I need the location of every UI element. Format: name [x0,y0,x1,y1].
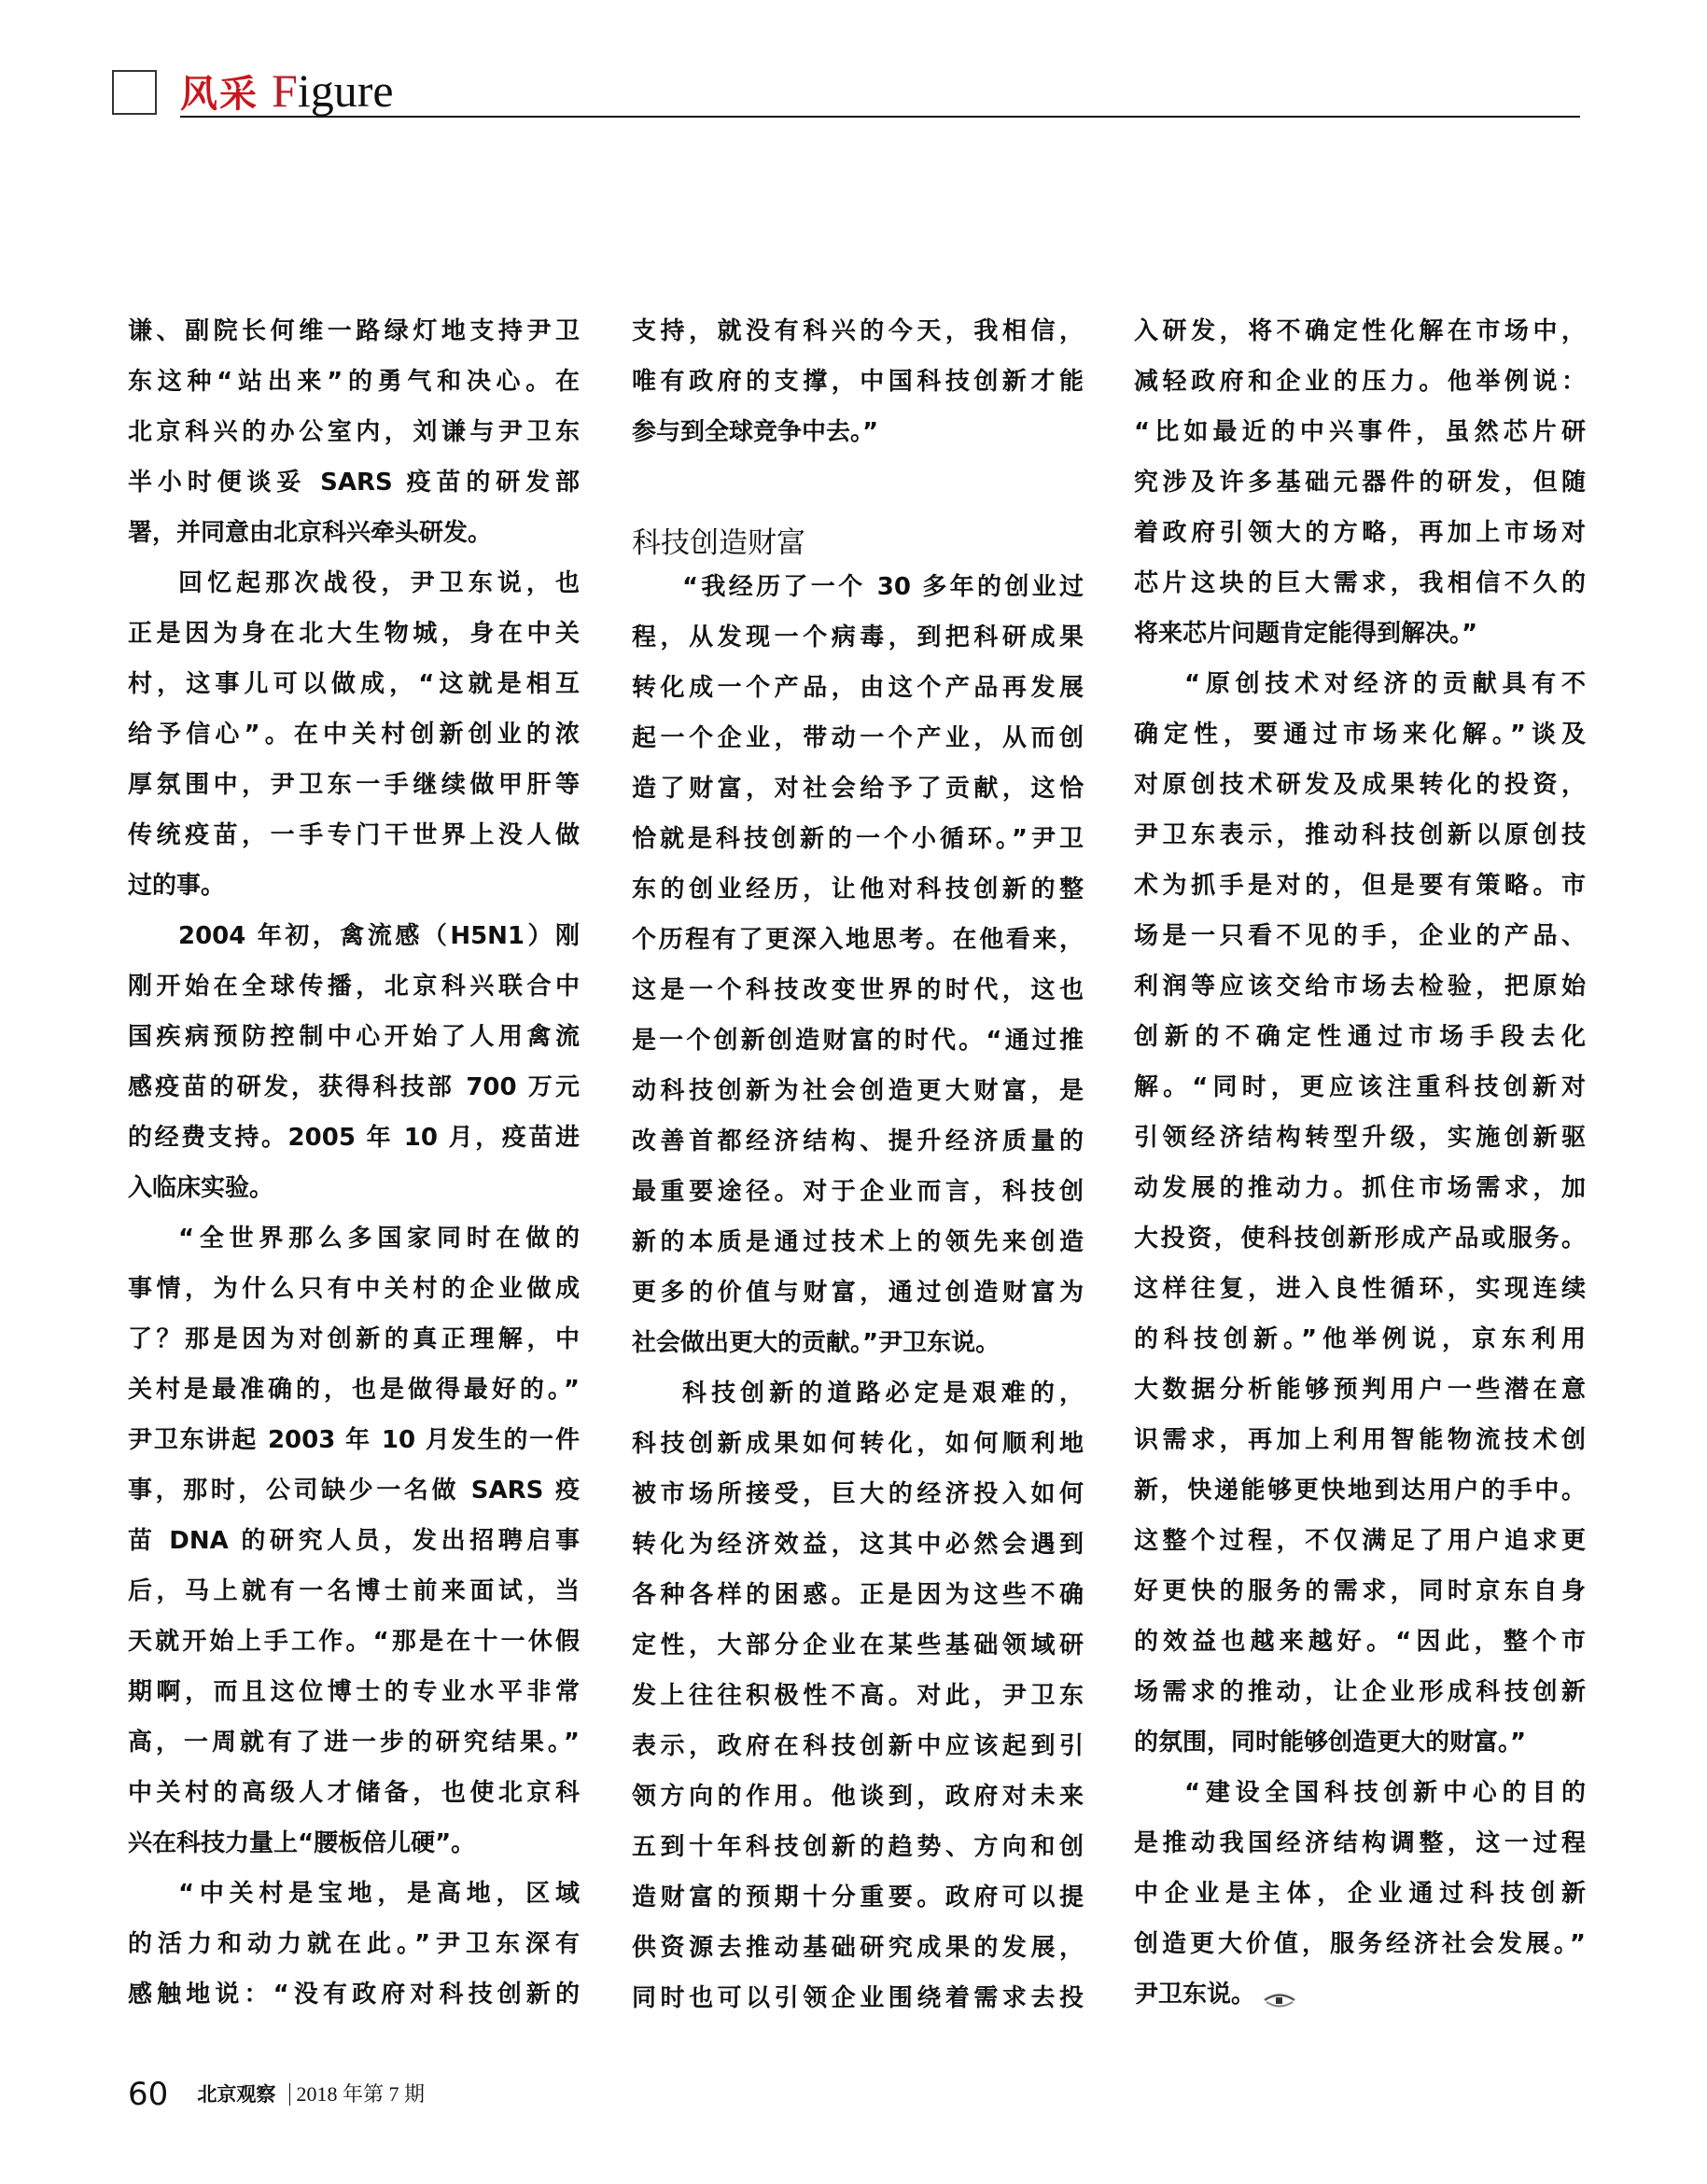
text-line-content: 的经费支持。2005 年 10 月，疫苗进 [128,1124,580,1152]
text-line: 关村是最准确的，也是做得最好的。” [128,1376,580,1426]
text-line: 识需求，再加上利用智能物流技术创 [1134,1426,1586,1477]
text-line-content: 中企业是主体，企业通过科技创新 [1134,1880,1586,1908]
text-line: 期啊，而且这位博士的专业水平非常 [128,1678,580,1729]
text-line: 表示，政府在科技创新中应该起到引 [632,1732,1084,1783]
article-column-3: 入研发，将不确定性化解在市场中，减轻政府和企业的压力。他举例说：“比如最近的中兴… [1134,317,1586,2031]
text-line: 的经费支持。2005 年 10 月，疫苗进 [128,1124,580,1174]
text-line: 的效益也越来越好。“因此，整个市 [1134,1628,1586,1678]
paragraph-first-line: “原创技术对经济的贡献具有不 [1134,670,1586,721]
text-line: 事情，为什么只有中关村的企业做成 [128,1275,580,1325]
text-line: 兴在科技力量上“腰板倍儿硬”。 [128,1829,580,1880]
text-line: 解。“同时，更应该注重科技创新对 [1134,1073,1586,1124]
text-line-content: 新，快递能够更快地到达用户的手中。 [1134,1477,1586,1505]
text-line-content: 利润等应该交给市场去检验，把原始 [1134,973,1586,1001]
text-line-content: 转化成一个产品，由这个产品再发展 [632,674,1084,702]
text-line: 半小时便谈妥 SARS 疫苗的研发部 [128,469,580,519]
text-line-content: 是一个创新创造财富的时代。“通过推 [632,1027,1084,1055]
text-line-content: 起一个企业，带动一个产业，从而创 [632,724,1084,752]
text-line: 东的创业经历，让他对科技创新的整 [632,875,1084,926]
text-line: 芯片这块的巨大需求，我相信不久的 [1134,569,1586,620]
text-line: 好更快的服务的需求，同时京东自身 [1134,1577,1586,1628]
text-line-content: 恰就是科技创新的一个小循环。”尹卫 [632,825,1084,853]
text-line: 参与到全球竞争中去。” [632,418,1084,469]
text-line: 程，从发现一个病毒，到把科研成果 [632,623,1084,674]
text-line-content: “建设全国科技创新中心的目的 [1184,1779,1586,1807]
text-line-content: 大投资，使科技创新形成产品或服务。 [1134,1225,1586,1253]
article-column-1: 谦、副院长何维一路绿灯地支持尹卫东这种“站出来”的勇气和决心。在北京科兴的办公室… [128,317,580,2031]
text-line-content: 程，从发现一个病毒，到把科研成果 [632,623,1084,651]
text-line-content: 尹卫东表示，推动科技创新以原创技 [1134,821,1586,849]
text-line: 场需求的推动，让企业形成科技创新 [1134,1678,1586,1729]
text-line-content: 表示，政府在科技创新中应该起到引 [632,1732,1084,1760]
text-line: 社会做出更大的贡献。”尹卫东说。 [632,1329,1084,1379]
text-line-content: 感触地说：“没有政府对科技创新的 [128,1981,580,2009]
text-line: 术为抓手是对的，但是要有策略。市 [1134,872,1586,922]
text-line-content: 减轻政府和企业的压力。他举例说： [1134,368,1586,396]
text-line: 五到十年科技创新的趋势、方向和创 [632,1833,1084,1883]
text-line-content: 回忆起那次战役，尹卫东说，也 [178,569,580,597]
text-line-content: 供资源去推动基础研究成果的发展， [632,1934,1084,1962]
text-line-content: 发上往往积极性不高。对此，尹卫东 [632,1682,1084,1710]
text-line: 利润等应该交给市场去检验，把原始 [1134,973,1586,1023]
text-line: 确定性，要通过市场来化解。”谈及 [1134,721,1586,771]
paragraph-first-line: 回忆起那次战役，尹卫东说，也 [128,569,580,620]
text-line: 大数据分析能够预判用户一些潜在意 [1134,1376,1586,1426]
text-line-content: “原创技术对经济的贡献具有不 [1184,670,1586,698]
text-line-content: 好更快的服务的需求，同时京东自身 [1134,1577,1586,1605]
text-line: 北京科兴的办公室内，刘谦与尹卫东 [128,418,580,469]
text-line: 最重要途径。对于企业而言，科技创 [632,1178,1084,1228]
text-line: 东这种“站出来”的勇气和决心。在 [128,368,580,418]
text-line: 个历程有了更深入地思考。在他看来， [632,926,1084,976]
section-subheading: 科技创造财富 [632,525,1084,573]
text-line-content: 确定性，要通过市场来化解。”谈及 [1134,721,1586,749]
text-line-content: 的活力和动力就在此。”尹卫东深有 [128,1930,580,1958]
text-line-content: 厚氛围中，尹卫东一手继续做甲肝等 [128,771,580,799]
text-line-content: 社会做出更大的贡献。”尹卫东说。 [632,1329,1000,1357]
text-line-content: 东这种“站出来”的勇气和决心。在 [128,368,580,396]
text-line: 苗 DNA 的研究人员，发出招聘启事 [128,1527,580,1577]
text-line: 定性，大部分企业在某些基础领域研 [632,1631,1084,1682]
text-line-content: 解。“同时，更应该注重科技创新对 [1134,1073,1586,1101]
text-line: 各种各样的困惑。正是因为这些不确 [632,1581,1084,1631]
text-line-content: 国疾病预防控制中心开始了人用禽流 [128,1023,580,1051]
text-line-content: 场需求的推动，让企业形成科技创新 [1134,1678,1586,1706]
section-gap [632,469,1084,519]
text-line-content: 新的本质是通过技术上的领先来创造 [632,1228,1084,1256]
text-line-content: 的氛围，同时能够创造更大的财富。” [1134,1729,1526,1757]
text-line: 减轻政府和企业的压力。他举例说： [1134,368,1586,418]
text-line-content: 的科技创新。”他举例说，京东利用 [1134,1325,1586,1353]
text-line-content: 后，马上就有一名博士前来面试，当 [128,1577,580,1605]
text-line: 唯有政府的支撑，中国科技创新才能 [632,368,1084,418]
text-line: 中企业是主体，企业通过科技创新 [1134,1880,1586,1930]
text-line-content: 创造更大价值，服务经济社会发展。” [1134,1930,1586,1958]
text-line-content: 领方向的作用。他谈到，政府对未来 [632,1783,1084,1811]
text-line-content: “全世界那么多国家同时在做的 [178,1225,580,1253]
text-line: 感触地说：“没有政府对科技创新的 [128,1981,580,2031]
paragraph-first-line: “建设全国科技创新中心的目的 [1134,1779,1586,1829]
text-line-content: 这样往复，进入良性循环，实现连续 [1134,1275,1586,1303]
text-line: 同时也可以引领企业围绕着需求去投 [632,1984,1084,2035]
paragraph-first-line: “我经历了一个 30 多年的创业过 [632,573,1084,623]
issue-separator [289,2083,290,2106]
text-line-content: 五到十年科技创新的趋势、方向和创 [632,1833,1084,1861]
text-line-content: 造了财富，对社会给予了贡献，这恰 [632,775,1084,803]
text-line: 改善首都经济结构、提升经济质量的 [632,1127,1084,1178]
text-line: 支持，就没有科兴的今天，我相信， [632,317,1084,368]
text-line: 谦、副院长何维一路绿灯地支持尹卫 [128,317,580,368]
text-line-content: 唯有政府的支撑，中国科技创新才能 [632,368,1084,396]
text-line: 事，那时，公司缺少一名做 SARS 疫 [128,1477,580,1527]
text-line-content: 最重要途径。对于企业而言，科技创 [632,1178,1084,1206]
text-line-content: “中关村是宝地，是高地，区域 [178,1880,580,1908]
text-line: 这整个过程，不仅满足了用户追求更 [1134,1527,1586,1577]
text-line: 后，马上就有一名博士前来面试，当 [128,1577,580,1628]
text-line-content: 着政府引领大的方略，再加上市场对 [1134,519,1586,547]
text-line-content: 动科技创新为社会创造更大财富，是 [632,1077,1084,1105]
publication-name: 北京观察 [197,2083,275,2106]
text-line-content: 尹卫东说。 [1134,1981,1255,2009]
text-line: 起一个企业，带动一个产业，从而创 [632,724,1084,775]
text-line-content: 这整个过程，不仅满足了用户追求更 [1134,1527,1586,1555]
text-line: 的科技创新。”他举例说，京东利用 [1134,1325,1586,1376]
section-title-cn: 风采 [180,73,259,116]
text-line-content: 改善首都经济结构、提升经济质量的 [632,1127,1084,1155]
text-line: 感疫苗的研发，获得科技部 700 万元 [128,1073,580,1124]
article-column-2: 支持，就没有科兴的今天，我相信，唯有政府的支撑，中国科技创新才能参与到全球竞争中… [632,317,1084,2035]
paragraph-first-line: “全世界那么多国家同时在做的 [128,1225,580,1275]
page-number: 60 [128,2076,168,2113]
header-rule [180,116,1580,118]
text-line: 是推动我国经济结构调整，这一过程 [1134,1829,1586,1880]
text-line: 领方向的作用。他谈到，政府对未来 [632,1783,1084,1833]
text-line-content: 天就开始上手工作。“那是在十一休假 [128,1628,580,1656]
text-line: 传统疫苗，一手专门干世界上没人做 [128,821,580,872]
page-footer: 60 北京观察 2018 年第 7 期 [128,2076,425,2113]
text-line: 尹卫东表示，推动科技创新以原创技 [1134,821,1586,872]
text-line-content: 谦、副院长何维一路绿灯地支持尹卫 [128,317,580,345]
text-line-content: 大数据分析能够预判用户一些潜在意 [1134,1376,1586,1404]
text-line: 创新的不确定性通过市场手段去化 [1134,1023,1586,1073]
text-line: 究涉及许多基础元器件的研发，但随 [1134,469,1586,519]
text-line: 尹卫东讲起 2003 年 10 月发生的一件 [128,1426,580,1477]
text-line-content: 入研发，将不确定性化解在市场中， [1134,317,1586,345]
text-line-content: 感疫苗的研发，获得科技部 700 万元 [128,1073,580,1101]
text-line-content: 究涉及许多基础元器件的研发，但随 [1134,469,1586,497]
text-line-content: 中关村的高级人才储备，也使北京科 [128,1779,580,1807]
text-line: 新的本质是通过技术上的领先来创造 [632,1228,1084,1279]
text-line-content: “我经历了一个 30 多年的创业过 [682,573,1084,601]
text-line: 这样往复，进入良性循环，实现连续 [1134,1275,1586,1325]
text-line-content: 关村是最准确的，也是做得最好的。” [128,1376,580,1404]
text-line: 更多的价值与财富，通过创造财富为 [632,1279,1084,1329]
text-line-content: 的效益也越来越好。“因此，整个市 [1134,1628,1586,1656]
text-line: 厚氛围中，尹卫东一手继续做甲肝等 [128,771,580,821]
paragraph-first-line: 科技创新的道路必定是艰难的， [632,1379,1084,1430]
text-line: 供资源去推动基础研究成果的发展， [632,1934,1084,1984]
text-line-content: 期啊，而且这位博士的专业水平非常 [128,1678,580,1706]
section-title-en-initial: F [272,64,298,117]
text-line-content: 术为抓手是对的，但是要有策略。市 [1134,872,1586,900]
text-line: 动科技创新为社会创造更大财富，是 [632,1077,1084,1127]
text-line-content: 识需求，再加上利用智能物流技术创 [1134,1426,1586,1454]
text-line-content: 转化为经济效益，这其中必然会遇到 [632,1531,1084,1559]
section-title: 风采Figure [180,67,394,114]
text-line: 中关村的高级人才储备，也使北京科 [128,1779,580,1829]
text-line: 正是因为身在北大生物城，身在中关 [128,620,580,670]
text-line: 入临床实验。 [128,1174,580,1225]
text-line: 将来芯片问题肯定能得到解决。” [1134,620,1586,670]
text-line-content: 这是一个科技改变世界的时代，这也 [632,976,1084,1004]
text-line: 着政府引领大的方略，再加上市场对 [1134,519,1586,569]
text-line: 动发展的推动力。抓住市场需求，加 [1134,1174,1586,1225]
text-line: 入研发，将不确定性化解在市场中， [1134,317,1586,368]
text-line: 国疾病预防控制中心开始了人用禽流 [128,1023,580,1073]
text-line: 场是一只看不见的手，企业的产品、 [1134,922,1586,973]
text-line-content: 兴在科技力量上“腰板倍儿硬”。 [128,1829,475,1857]
text-line-content: 刚开始在全球传播，北京科兴联合中 [128,973,580,1001]
text-line-content: 芯片这块的巨大需求，我相信不久的 [1134,569,1586,597]
text-line-content: 正是因为身在北大生物城，身在中关 [128,620,580,648]
text-line-content: 个历程有了更深入地思考。在他看来， [632,926,1084,954]
text-line: “比如最近的中兴事件，虽然芯片研 [1134,418,1586,469]
text-line-content: 东的创业经历，让他对科技创新的整 [632,875,1084,903]
text-line-content: 过的事。 [128,872,225,900]
text-line: 村，这事儿可以做成，“这就是相互 [128,670,580,721]
text-line: 是一个创新创造财富的时代。“通过推 [632,1027,1084,1077]
text-line-content: 场是一只看不见的手，企业的产品、 [1134,922,1586,950]
text-line: 署，并同意由北京科兴牵头研发。 [128,519,580,569]
eye-end-mark-icon [1263,1987,1296,2004]
text-line-content: 创新的不确定性通过市场手段去化 [1134,1023,1586,1051]
text-line-content: 科技创新成果如何转化，如何顺利地 [632,1430,1084,1458]
text-line: 天就开始上手工作。“那是在十一休假 [128,1628,580,1678]
text-line-content: 北京科兴的办公室内，刘谦与尹卫东 [128,418,580,446]
text-line-content: 对原创技术研发及成果转化的投资， [1134,771,1586,799]
text-line-content: 引领经济结构转型升级，实施创新驱 [1134,1124,1586,1152]
paragraph-first-line: 2004 年初，禽流感（H5N1）刚 [128,922,580,973]
text-line: 造了财富，对社会给予了贡献，这恰 [632,775,1084,825]
text-line-content: 将来芯片问题肯定能得到解决。” [1134,620,1477,648]
issue-label: 2018 年第 7 期 [297,2082,426,2106]
text-line: 了？那是因为对创新的真正理解，中 [128,1325,580,1376]
text-line-content: 被市场所接受，巨大的经济投入如何 [632,1480,1084,1508]
text-line: 过的事。 [128,872,580,922]
text-line-content: 造财富的预期十分重要。政府可以提 [632,1883,1084,1911]
text-line-content: 事情，为什么只有中关村的企业做成 [128,1275,580,1303]
text-line-content: 各种各样的困惑。正是因为这些不确 [632,1581,1084,1609]
text-line-content: 署，并同意由北京科兴牵头研发。 [128,519,492,547]
text-line: 的活力和动力就在此。”尹卫东深有 [128,1930,580,1981]
text-line-content: 苗 DNA 的研究人员，发出招聘启事 [128,1527,580,1555]
text-line: 给予信心”。在中关村创新创业的浓 [128,721,580,771]
text-line-content: 了？那是因为对创新的真正理解，中 [128,1325,580,1353]
text-line: 尹卫东说。 [1134,1981,1586,2031]
text-line: 这是一个科技改变世界的时代，这也 [632,976,1084,1027]
text-line-content: 事，那时，公司缺少一名做 SARS 疫 [128,1477,580,1505]
text-line: 对原创技术研发及成果转化的投资， [1134,771,1586,821]
text-line-content: 入临床实验。 [128,1174,273,1202]
text-line: 高，一周就有了进一步的研究结果。” [128,1729,580,1779]
text-line-content: 支持，就没有科兴的今天，我相信， [632,317,1084,345]
text-line: 引领经济结构转型升级，实施创新驱 [1134,1124,1586,1174]
text-line-content: 更多的价值与财富，通过创造财富为 [632,1279,1084,1307]
text-line: 转化成一个产品，由这个产品再发展 [632,674,1084,724]
text-line-content: 半小时便谈妥 SARS 疫苗的研发部 [128,469,580,497]
text-line: 造财富的预期十分重要。政府可以提 [632,1883,1084,1934]
text-line-content: 2004 年初，禽流感（H5N1）刚 [178,922,580,950]
text-line-content: 村，这事儿可以做成，“这就是相互 [128,670,580,698]
text-line-content: “比如最近的中兴事件，虽然芯片研 [1134,418,1586,446]
text-line-content: 动发展的推动力。抓住市场需求，加 [1134,1174,1586,1202]
text-line-content: 是推动我国经济结构调整，这一过程 [1134,1829,1586,1857]
text-line: 的氛围，同时能够创造更大的财富。” [1134,1729,1586,1779]
text-line: 转化为经济效益，这其中必然会遇到 [632,1531,1084,1581]
section-marker-box [112,70,157,115]
text-line-content: 定性，大部分企业在某些基础领域研 [632,1631,1084,1659]
text-line: 发上往往积极性不高。对此，尹卫东 [632,1682,1084,1732]
paragraph-first-line: “中关村是宝地，是高地，区域 [128,1880,580,1930]
section-title-en-rest: igure [298,64,394,117]
text-line-content: 尹卫东讲起 2003 年 10 月发生的一件 [128,1426,580,1454]
text-line: 刚开始在全球传播，北京科兴联合中 [128,973,580,1023]
text-line: 科技创新成果如何转化，如何顺利地 [632,1430,1084,1480]
text-line-content: 科技创新的道路必定是艰难的， [682,1379,1084,1407]
text-line: 大投资，使科技创新形成产品或服务。 [1134,1225,1586,1275]
text-line-content: 给予信心”。在中关村创新创业的浓 [128,721,580,749]
text-line-content: 参与到全球竞争中去。” [632,418,878,446]
text-line: 恰就是科技创新的一个小循环。”尹卫 [632,825,1084,875]
text-line-content: 高，一周就有了进一步的研究结果。” [128,1729,580,1757]
text-line-content: 传统疫苗，一手专门干世界上没人做 [128,821,580,849]
text-line: 创造更大价值，服务经济社会发展。” [1134,1930,1586,1981]
text-line: 新，快递能够更快地到达用户的手中。 [1134,1477,1586,1527]
text-line: 被市场所接受，巨大的经济投入如何 [632,1480,1084,1531]
text-line-content: 同时也可以引领企业围绕着需求去投 [632,1984,1084,2012]
